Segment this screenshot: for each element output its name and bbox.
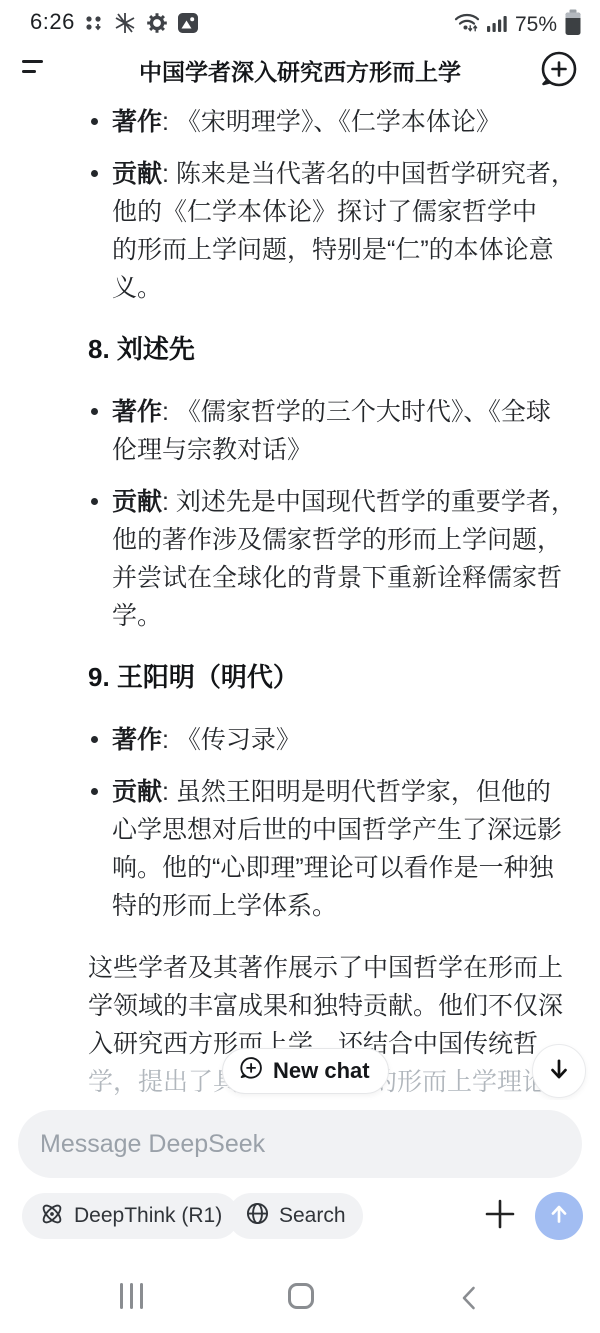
home-button[interactable]: [288, 1283, 314, 1309]
section-heading: 8. 刘述先: [88, 329, 574, 369]
list-item: 贡献: 刘述先是中国现代哲学的重要学者， 他的著作涉及儒家哲学的形而上学问题， …: [88, 483, 574, 635]
gear-icon: [146, 12, 168, 39]
new-chat-bubble-icon[interactable]: [536, 48, 580, 92]
chat-bubble-plus-icon: [237, 1055, 264, 1087]
recents-button[interactable]: [120, 1283, 143, 1309]
text-line: 这些学者及其著作展示了中国哲学在形而上: [88, 949, 574, 987]
dots-notification-icon: [84, 12, 104, 39]
signal-bars-icon: [487, 12, 508, 39]
atom-icon: [39, 1201, 65, 1232]
message-input[interactable]: Message DeepSeek: [18, 1110, 582, 1178]
list-item: 著作: 《宋明理学》、《仁学本体论》: [88, 103, 574, 141]
text-line: 著作: 《儒家哲学的三个大时代》、《全球: [112, 393, 574, 431]
status-bar: 6:26: [0, 0, 600, 45]
deepthink-label: DeepThink (R1): [74, 1204, 222, 1228]
deepseek-app-screen: 6:26: [0, 0, 600, 1333]
bullet-dot: [91, 498, 98, 505]
list-item: 著作: 《儒家哲学的三个大时代》、《全球 伦理与宗教对话》: [88, 393, 574, 469]
bullet-dot: [91, 788, 98, 795]
android-nav-bar: [0, 1270, 600, 1333]
crossed-star-icon: [113, 11, 137, 40]
text-line: 伦理与宗教对话》: [112, 431, 574, 469]
text-line: 的形而上学问题，特别是“仁”的本体论意: [112, 231, 574, 269]
bullet-dot: [91, 408, 98, 415]
text-line: 义。: [112, 269, 574, 307]
list-item: 贡献: 虽然王阳明是明代哲学家，但他的 心学思想对后世的中国哲学产生了深远影 响…: [88, 773, 574, 925]
section-heading: 9. 王阳明（明代）: [88, 657, 574, 697]
text-line: 贡献: 虽然王阳明是明代哲学家，但他的: [112, 773, 574, 811]
text-line: 心学思想对后世的中国哲学产生了深远影: [112, 811, 574, 849]
input-placeholder: Message DeepSeek: [40, 1130, 265, 1159]
plus-icon: [483, 1197, 517, 1236]
battery-percent: 75%: [515, 13, 557, 37]
attach-plus-button[interactable]: [478, 1194, 522, 1238]
app-header: 中国学者深入研究西方形而上学: [0, 45, 600, 95]
notification-icons: [84, 11, 199, 40]
chat-scroll-area[interactable]: 著作: 《宋明理学》、《仁学本体论》 贡献: 陈来是当代著名的中国哲学研究者， …: [0, 95, 600, 1100]
bullet-dot: [91, 736, 98, 743]
text-line: 学。: [112, 597, 574, 635]
list-item: 贡献: 陈来是当代著名的中国哲学研究者， 他的《仁学本体论》探讨了儒家哲学中 的…: [88, 155, 574, 307]
new-chat-label: New chat: [273, 1058, 370, 1084]
text-line: 著作: 《传习录》: [112, 721, 574, 759]
deepthink-toggle-button[interactable]: DeepThink (R1): [22, 1193, 239, 1239]
wifi-icon: [454, 12, 480, 39]
globe-icon: [245, 1201, 270, 1231]
bullet-dot: [91, 118, 98, 125]
scroll-to-bottom-button[interactable]: [532, 1044, 586, 1098]
text-line: 学领域的丰富成果和独特贡献。他们不仅深: [88, 987, 574, 1025]
new-chat-button[interactable]: New chat: [222, 1048, 389, 1094]
arrow-down-icon: [546, 1056, 572, 1087]
photo-icon: [177, 12, 199, 39]
page-title: 中国学者深入研究西方形而上学: [0, 54, 600, 87]
arrow-up-icon: [547, 1202, 571, 1231]
text-line: 著作: 《宋明理学》、《仁学本体论》: [112, 103, 574, 141]
text-line: 特的形而上学体系。: [112, 887, 574, 925]
text-line: 他的《仁学本体论》探讨了儒家哲学中: [112, 193, 574, 231]
send-button[interactable]: [535, 1192, 583, 1240]
text-line: 他的著作涉及儒家哲学的形而上学问题，: [112, 521, 574, 559]
battery-icon: [564, 9, 582, 41]
list-item: 著作: 《传习录》: [88, 721, 574, 759]
text-line: 贡献: 刘述先是中国现代哲学的重要学者，: [112, 483, 574, 521]
system-status-icons: 75%: [454, 9, 582, 41]
clock: 6:26: [30, 9, 75, 35]
text-line: 响。他的“心即理”理论可以看作是一种独: [112, 849, 574, 887]
bullet-dot: [91, 170, 98, 177]
back-button[interactable]: [460, 1285, 477, 1316]
search-toggle-button[interactable]: Search: [228, 1193, 363, 1239]
text-line: 贡献: 陈来是当代著名的中国哲学研究者，: [112, 155, 574, 193]
search-label: Search: [279, 1204, 346, 1228]
text-line: 并尝试在全球化的背景下重新诠释儒家哲: [112, 559, 574, 597]
